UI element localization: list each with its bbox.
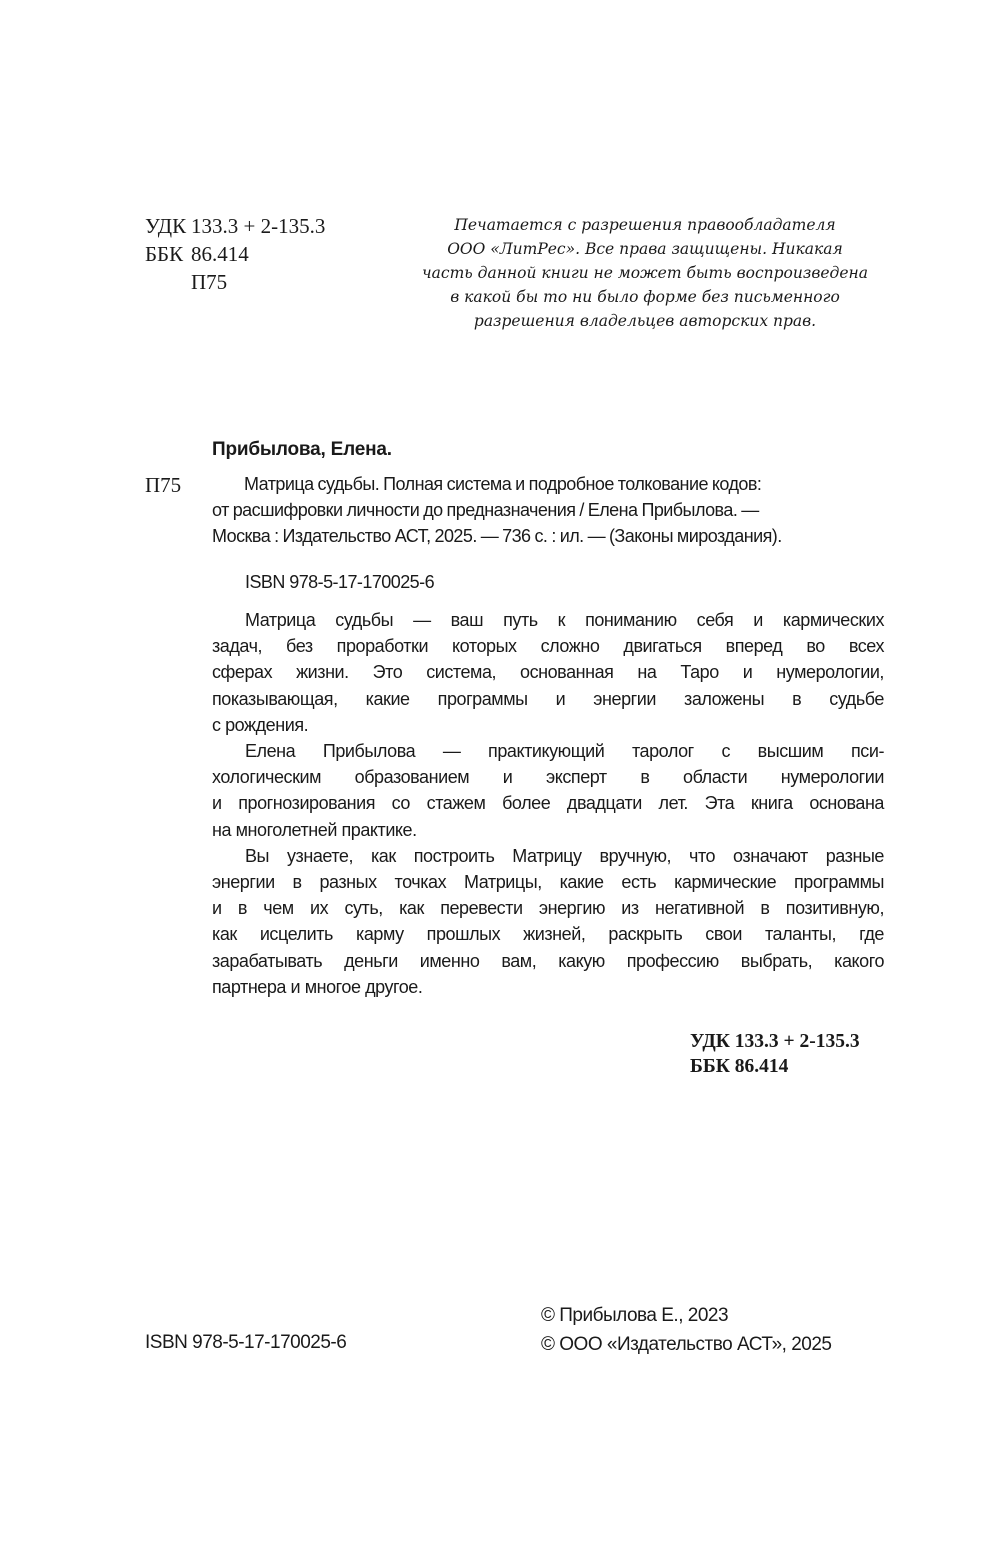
bbk-summary: ББК 86.414 (690, 1054, 860, 1079)
udk-summary: УДК 133.3 + 2-135.3 (690, 1029, 860, 1054)
annotation-paragraph: Матрица судьбы — ваш путь к пониманию се… (212, 607, 884, 738)
author-sign: П75 (191, 268, 227, 296)
classification-block: УДК 133.3 + 2-135.3 ББК 86.414 П75 (145, 212, 325, 296)
description-line: Москва : Издательство АСТ, 2025. — 736 с… (212, 523, 884, 549)
annotation-line: сферах жизни. Это система, основанная на… (212, 659, 884, 685)
catalog-author: Прибылова, Елена. (212, 437, 392, 463)
annotation-line: показывающая, какие программы и энергии … (212, 686, 884, 712)
annotation-line: зарабатывать деньги именно вам, какую пр… (212, 948, 884, 974)
copyright-publisher: © ООО «Издательство АСТ», 2025 (541, 1330, 832, 1359)
bbk-value: 86.414 (191, 240, 249, 268)
catalog-isbn: ISBN 978-5-17-170025-6 (245, 569, 434, 595)
annotation-line: Елена Прибылова — практикующий таролог с… (212, 738, 884, 764)
annotation-line: Вы узнаете, как построить Матрицу вручну… (212, 843, 884, 869)
annotation-line: Матрица судьбы — ваш путь к пониманию се… (212, 607, 884, 633)
footer-isbn: ISBN 978-5-17-170025-6 (145, 1330, 346, 1356)
annotation-line: партнера и многое другое. (212, 974, 884, 1000)
copyright-author: © Прибылова Е., 2023 (541, 1301, 832, 1330)
annotation-line: на многолетней практике. (212, 817, 884, 843)
notice-line: Печатается с разрешения правообладателя (405, 213, 885, 237)
udk-value: 133.3 + 2-135.3 (191, 212, 325, 240)
annotation-paragraph: Елена Прибылова — практикующий таролог с… (212, 738, 884, 843)
notice-line: часть данной книги не может быть воспрои… (405, 261, 885, 285)
annotation-line: хологическим образованием и эксперт в об… (212, 764, 884, 790)
rights-notice: Печатается с разрешения правообладателя … (405, 213, 885, 333)
udk-row: УДК 133.3 + 2-135.3 (145, 212, 325, 240)
author-sign-row: П75 (145, 268, 325, 296)
annotation-line: задач, без проработки которых сложно дви… (212, 633, 884, 659)
annotation-line: с рождения. (212, 712, 884, 738)
description-line: от расшифровки личности до предназначени… (212, 497, 884, 523)
annotation-line: как исцелить карму прошлых жизней, раскр… (212, 921, 884, 947)
annotation-line: энергии в разных точках Матрицы, какие е… (212, 869, 884, 895)
udk-label: УДК (145, 212, 191, 240)
imprint-page: УДК 133.3 + 2-135.3 ББК 86.414 П75 Печат… (0, 0, 1000, 1552)
notice-line: ООО «ЛитРес». Все права защищены. Никака… (405, 237, 885, 261)
annotation-paragraph: Вы узнаете, как построить Матрицу вручну… (212, 843, 884, 1000)
notice-line: в какой бы то ни было форме без письменн… (405, 285, 885, 309)
description-line: Матрица судьбы. Полная система и подробн… (212, 471, 884, 497)
catalog-description: Матрица судьбы. Полная система и подробн… (212, 471, 884, 549)
catalog-code: П75 (145, 471, 181, 499)
bbk-row: ББК 86.414 (145, 240, 325, 268)
annotation: Матрица судьбы — ваш путь к пониманию се… (212, 607, 884, 1000)
classification-summary: УДК 133.3 + 2-135.3 ББК 86.414 (690, 1029, 860, 1079)
notice-line: разрешения владельцев авторских прав. (405, 309, 885, 333)
copyright-notices: © Прибылова Е., 2023 © ООО «Издательство… (541, 1301, 832, 1359)
annotation-line: и в чем их суть, как перевести энергию и… (212, 895, 884, 921)
bbk-label: ББК (145, 240, 191, 268)
annotation-line: и прогнозирования со стажем более двадца… (212, 790, 884, 816)
